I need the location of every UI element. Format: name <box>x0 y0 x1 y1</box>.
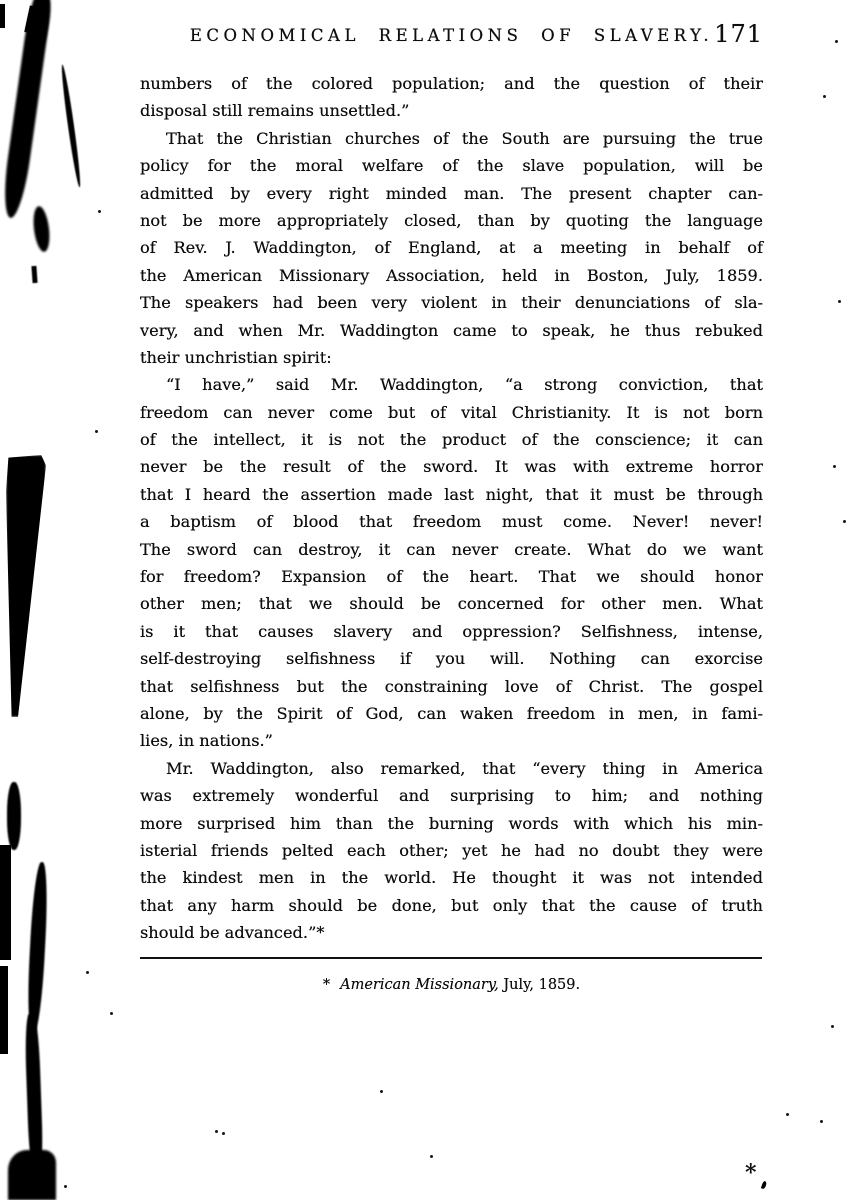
text-line: disposal still remains unsettled.” <box>140 97 763 124</box>
text-line: is it that causes slavery and oppression… <box>140 618 763 645</box>
footnote-marker: * <box>323 977 340 993</box>
text-line: that any harm should be done, but only t… <box>140 892 763 919</box>
scan-artifact <box>0 4 5 28</box>
text-line: should be advanced.”* <box>140 919 763 946</box>
text-line: the American Missionary Association, hel… <box>140 262 763 289</box>
scan-artifact <box>8 1150 56 1200</box>
footnote-rule <box>140 957 762 959</box>
scan-specks <box>835 40 838 43</box>
scan-artifact <box>0 966 8 1054</box>
scan-artifact <box>59 64 82 188</box>
text-line: was extremely wonderful and surprising t… <box>140 782 763 809</box>
scan-artifact <box>31 266 37 283</box>
printer-asterisk-mark: * <box>745 1160 757 1186</box>
page-title: ECONOMICAL RELATIONS OF SLAVERY. <box>190 26 713 45</box>
footnote: *American Missionary, July, 1859. <box>140 974 763 996</box>
text-line: of Rev. J. Waddington, of England, at a … <box>140 234 763 261</box>
text-line: numbers of the colored population; and t… <box>140 70 763 97</box>
text-line: the kindest men in the world. He thought… <box>140 864 763 891</box>
text-line: The sword can destroy, it can never crea… <box>140 536 763 563</box>
text-line: alone, by the Spirit of God, can waken f… <box>140 700 763 727</box>
footnote-source: American Missionary, <box>340 977 499 993</box>
text-line: “I have,” said Mr. Waddington, “a strong… <box>140 371 763 398</box>
body-text: numbers of the colored population; and t… <box>140 70 763 947</box>
text-line: more surprised him than the burning word… <box>140 810 763 837</box>
text-line: very, and when Mr. Waddington came to sp… <box>140 317 763 344</box>
text-line: Mr. Waddington, also remarked, that “eve… <box>140 755 763 782</box>
text-line: isterial friends pelted each other; yet … <box>140 837 763 864</box>
text-line: admitted by every right minded man. The … <box>140 180 763 207</box>
footnote-date: July, 1859. <box>499 977 580 993</box>
text-line: never be the result of the sword. It was… <box>140 453 763 480</box>
text-line: that I heard the assertion made last nig… <box>140 481 763 508</box>
page-number: 171 <box>714 20 763 48</box>
text-line: other men; that we should be concerned f… <box>140 590 763 617</box>
text-line: that selfishness but the constraining lo… <box>140 673 763 700</box>
text-line: a baptism of blood that freedom must com… <box>140 508 763 535</box>
text-line: not be more appropriately closed, than b… <box>140 207 763 234</box>
scan-artifact <box>0 845 11 960</box>
running-head: ECONOMICAL RELATIONS OF SLAVERY. 171 <box>140 26 763 45</box>
text-line: for freedom? Expansion of the heart. Tha… <box>140 563 763 590</box>
book-page: ECONOMICAL RELATIONS OF SLAVERY. 171 num… <box>0 0 856 1200</box>
text-line: self-destroying selfishness if you will.… <box>140 645 763 672</box>
text-line: their unchristian spirit: <box>140 344 763 371</box>
text-line: freedom can never come but of vital Chri… <box>140 399 763 426</box>
scan-artifact <box>7 782 21 850</box>
text-line: lies, in nations.” <box>140 727 763 754</box>
scan-artifact <box>6 455 46 717</box>
text-line: The speakers had been very violent in th… <box>140 289 763 316</box>
scan-artifact <box>26 862 50 1035</box>
text-line: That the Christian churches of the South… <box>140 125 763 152</box>
printer-mark-tail <box>761 1181 767 1190</box>
text-line: policy for the moral welfare of the slav… <box>140 152 763 179</box>
scan-artifact <box>31 205 51 252</box>
text-line: of the intellect, it is not the product … <box>140 426 763 453</box>
